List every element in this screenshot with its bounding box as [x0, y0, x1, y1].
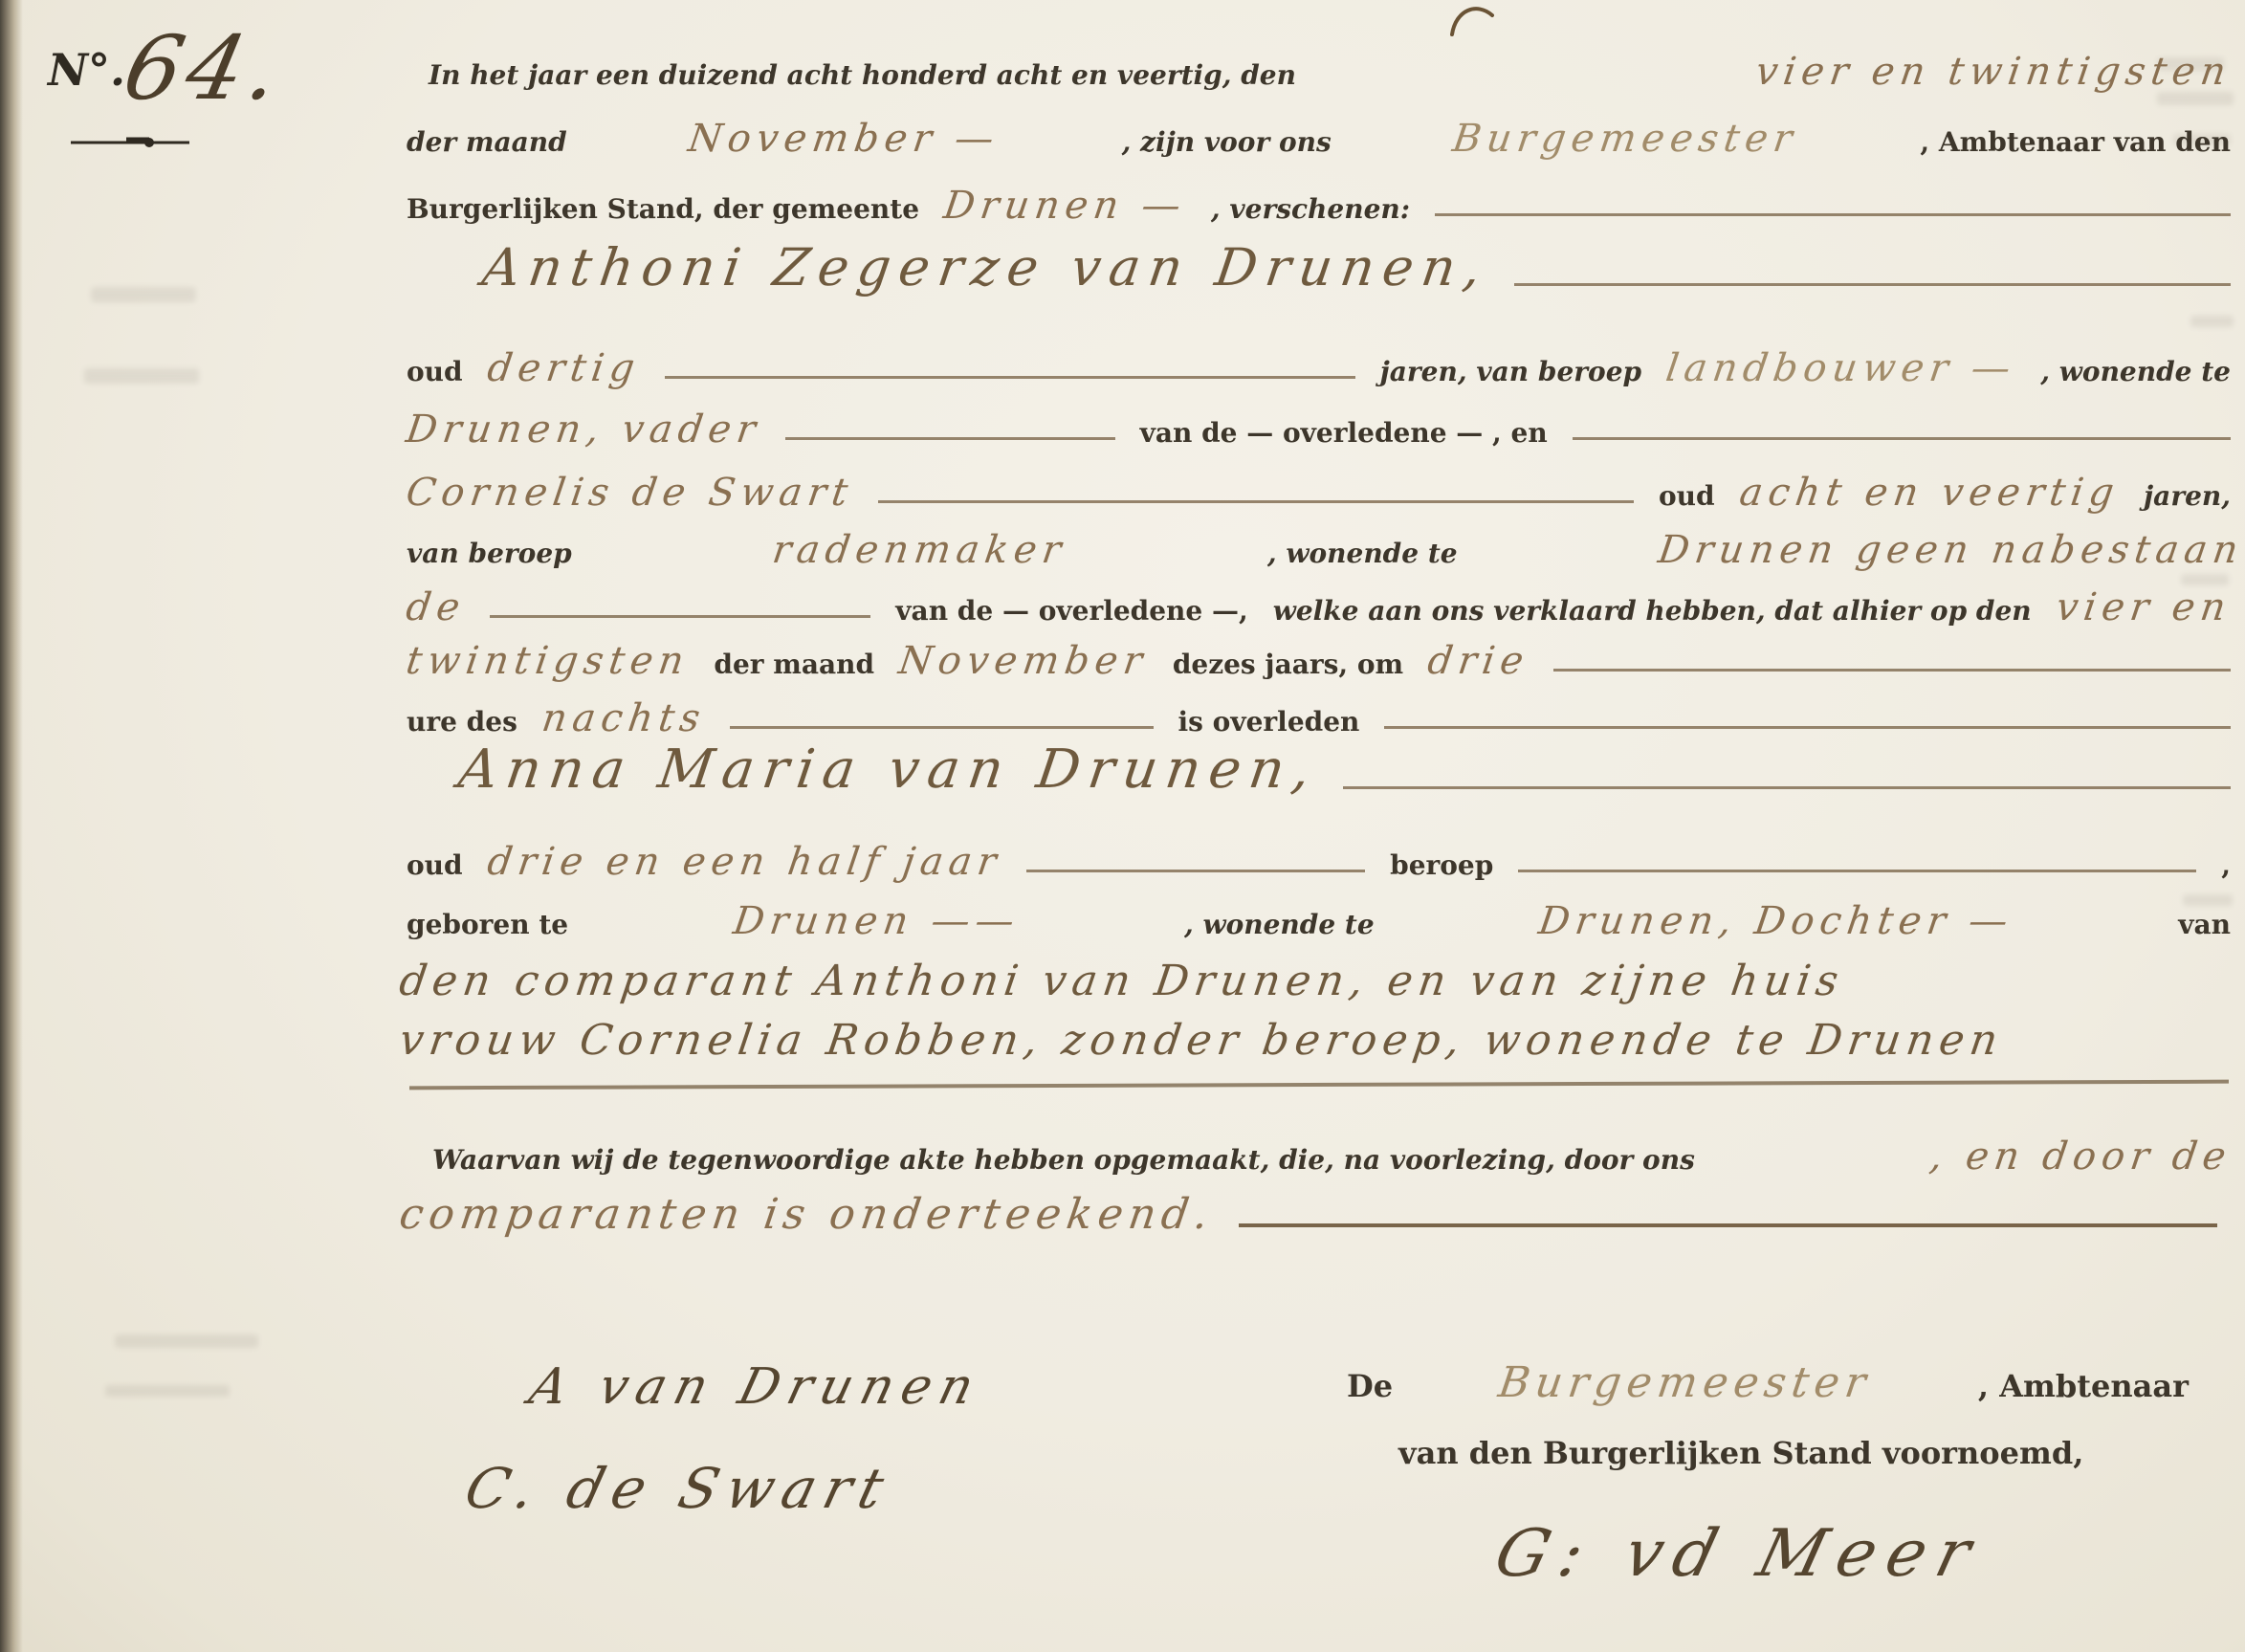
printed-geboren-te: geboren te — [407, 909, 568, 940]
fill-rule — [1518, 870, 2196, 872]
fill-rule — [1026, 870, 1365, 872]
line-declarant1-age-profession: oud dertig jaren, van beroep landbouwer … — [407, 346, 2231, 390]
line-time-of-day: ure des nachts is overleden — [407, 696, 2231, 740]
printed-van-de-overledene-en: van de — overledene — , en — [1140, 417, 1548, 449]
fill-rule — [665, 376, 1355, 379]
printed-der-maand2: der maand — [714, 649, 874, 680]
printed-zijn-voor-ons: , zijn voor ons — [1122, 126, 1332, 158]
entry-municipality: Drunen — — [941, 184, 1189, 228]
line-parents-2: vrouw Cornelia Robben, zonder beroep, wo… — [400, 1016, 2003, 1065]
printed-burgerlijken-stand: Burgerlijken Stand, der gemeente — [407, 193, 919, 225]
printed-verschenen: , verschenen: — [1211, 193, 1410, 225]
bleedthrough-mark — [2190, 316, 2234, 327]
section-divider-rule — [409, 1080, 2229, 1090]
entry-birthplace: Drunen —— — [730, 899, 1022, 943]
fill-rule — [730, 726, 1153, 729]
printed-de: De — [1347, 1368, 1393, 1404]
line-municipality: Burgerlijken Stand, der gemeente Drunen … — [407, 184, 2231, 228]
entry-death-month: November — [896, 639, 1151, 683]
fill-rule — [1573, 437, 2231, 440]
fill-rule — [1239, 1223, 2217, 1227]
printed-oud2: oud — [1659, 480, 1715, 512]
printed-voornoemd: van den Burgerlijken Stand voornoemd, — [1398, 1435, 2083, 1471]
entry-parents-line1: den comparant Anthoni van Drunen, en van… — [396, 957, 1846, 1005]
entry-death-hour: drie — [1425, 639, 1532, 683]
entry-day-of-act: vier en twintigsten — [1752, 50, 2234, 94]
death-record-page: N°. 64. In het jaar een duizend acht hon… — [0, 0, 2245, 1652]
printed-wonende-te3: , wonende te — [1184, 909, 1375, 940]
printed-oud3: oud — [407, 849, 463, 881]
margin-flourish-divider — [69, 134, 193, 151]
line-parents-1: den comparant Anthoni van Drunen, en van… — [400, 957, 1843, 1005]
printed-ure-des: ure des — [407, 706, 517, 738]
line-death-date-hour: twintigsten der maand November dezes jaa… — [407, 639, 2231, 683]
fill-rule — [1343, 786, 2231, 789]
book-binding-edge — [0, 0, 23, 1652]
bleedthrough-mark — [115, 1334, 258, 1348]
fill-rule — [1514, 283, 2231, 286]
fill-rule — [878, 500, 1634, 503]
page-top-ink-flourish — [1446, 0, 1504, 38]
printed-year-clause: In het jaar een duizend acht honderd ach… — [429, 59, 1296, 91]
line-deceased-name: Anna Maria van Drunen, — [459, 738, 2231, 801]
bleedthrough-mark — [91, 287, 196, 302]
printed-der-maand: der maand — [407, 126, 567, 158]
entry-deceased-age: drie en een half jaar — [484, 840, 1003, 884]
entry-declarant1-age: dertig — [484, 346, 642, 390]
bleedthrough-mark — [2181, 574, 2229, 585]
printed-welke-verklaard: welke aan ons verklaard hebben, dat alhi… — [1273, 595, 2032, 627]
fill-rule — [1553, 669, 2231, 672]
bleedthrough-mark — [2157, 92, 2234, 105]
printed-wonende-te2: , wonende te — [1267, 538, 1458, 569]
line-official-title: De Burgemeester , Ambtenaar — [1347, 1358, 2189, 1407]
line-declaration-clause: de van de — overledene —, welke aan ons … — [407, 585, 2231, 629]
entry-death-day-part2: twintigsten — [404, 639, 693, 683]
line-declarant1-residence-relation: Drunen, vader van de — overledene — , en — [407, 407, 2231, 452]
entry-death-day-part1: vier en — [2053, 585, 2234, 629]
printed-van-beroep: van beroep — [407, 538, 572, 569]
entry-parents-line2: vrouw Cornelia Robben, zonder beroep, wo… — [396, 1016, 2006, 1065]
entry-month-of-act: November — — [686, 117, 1002, 161]
printed-comma: , — [2221, 849, 2231, 881]
entry-declarant1-residence-relation: Drunen, vader — [404, 407, 764, 452]
line-declarant1-name: Anthoni Zegerze van Drunen, — [483, 237, 2231, 297]
bleedthrough-mark — [105, 1385, 230, 1397]
fill-rule — [785, 437, 1114, 440]
bleedthrough-mark — [84, 368, 199, 384]
printed-wonende-te: , wonende te — [2040, 356, 2231, 387]
fill-rule — [1435, 213, 2231, 216]
line-declarant2-name-age: Cornelis de Swart oud acht en veertig ja… — [407, 471, 2231, 515]
entry-declarant1-profession: landbouwer — — [1663, 346, 2019, 390]
signature-declarant2: C. de Swart — [459, 1456, 899, 1521]
entry-deceased-residence-relation: Drunen, Dochter — — [1536, 899, 2016, 943]
entry-deceased-name: Anna Maria van Drunen, — [454, 738, 1322, 801]
printed-van-de-overledene2: van de — overledene —, — [895, 595, 1247, 627]
printed-is-overleden: is overleden — [1178, 706, 1360, 738]
entry-declarant2-age: acht en veertig — [1736, 471, 2122, 515]
printed-oud: oud — [407, 356, 463, 387]
printed-jaren: jaren, — [2144, 480, 2231, 512]
printed-van: van — [2178, 909, 2231, 940]
signature-declarant1: A van Drunen — [524, 1358, 988, 1416]
line-closing-1: Waarvan wij de tegenwoordige akte hebben… — [432, 1134, 2231, 1178]
line-deceased-birthplace-residence: geboren te Drunen —— , wonende te Drunen… — [407, 899, 2231, 943]
printed-jaren-van-beroep: jaren, van beroep — [1380, 356, 1641, 387]
entry-closing-addition: , en door de — [1926, 1134, 2234, 1178]
printed-ambtenaar: , Ambtenaar — [1978, 1368, 2189, 1404]
line-closing-2: comparanten is onderteekend. — [400, 1190, 2217, 1239]
line-official-title-2: van den Burgerlijken Stand voornoemd, — [1398, 1435, 2083, 1471]
entry-declarant1-name: Anthoni Zegerze van Drunen, — [479, 237, 1493, 297]
fill-rule — [1384, 726, 2231, 729]
printed-ambtenaar-van-den: , Ambtenaar van den — [1920, 126, 2231, 158]
entry-declarant2-profession: radenmaker — [770, 528, 1069, 572]
entry-declarant2-name: Cornelis de Swart — [404, 471, 856, 515]
entry-official-title: Burgemeester — [1450, 117, 1801, 161]
line-deceased-age-profession: oud drie en een half jaar beroep , — [407, 840, 2231, 884]
line-month-official: der maand November — , zijn voor ons Bur… — [407, 117, 2231, 161]
entry-time-of-day: nachts — [539, 696, 709, 740]
printed-waarvan-clause: Waarvan wij de tegenwoordige akte hebben… — [432, 1144, 1695, 1176]
act-number-value: 64. — [116, 17, 295, 120]
entry-declarant2-residence: Drunen geen nabestaan — [1656, 528, 2245, 572]
line-declarant2-profession-residence: van beroep radenmaker , wonende te Drune… — [407, 528, 2243, 572]
printed-dezes-jaars-om: dezes jaars, om — [1173, 649, 1403, 680]
entry-closing-signed: comparanten is onderteekend. — [396, 1190, 1217, 1239]
fill-rule — [490, 615, 870, 618]
act-number-label: N°. — [48, 44, 125, 96]
printed-beroep: beroep — [1390, 849, 1493, 881]
entry-word-continuation-de: de — [404, 585, 469, 629]
entry-official-title-closing: Burgemeester — [1496, 1358, 1875, 1407]
signature-official: G: vd Meer — [1487, 1516, 1990, 1592]
line-year-and-day: In het jaar een duizend acht honderd ach… — [429, 50, 2231, 94]
